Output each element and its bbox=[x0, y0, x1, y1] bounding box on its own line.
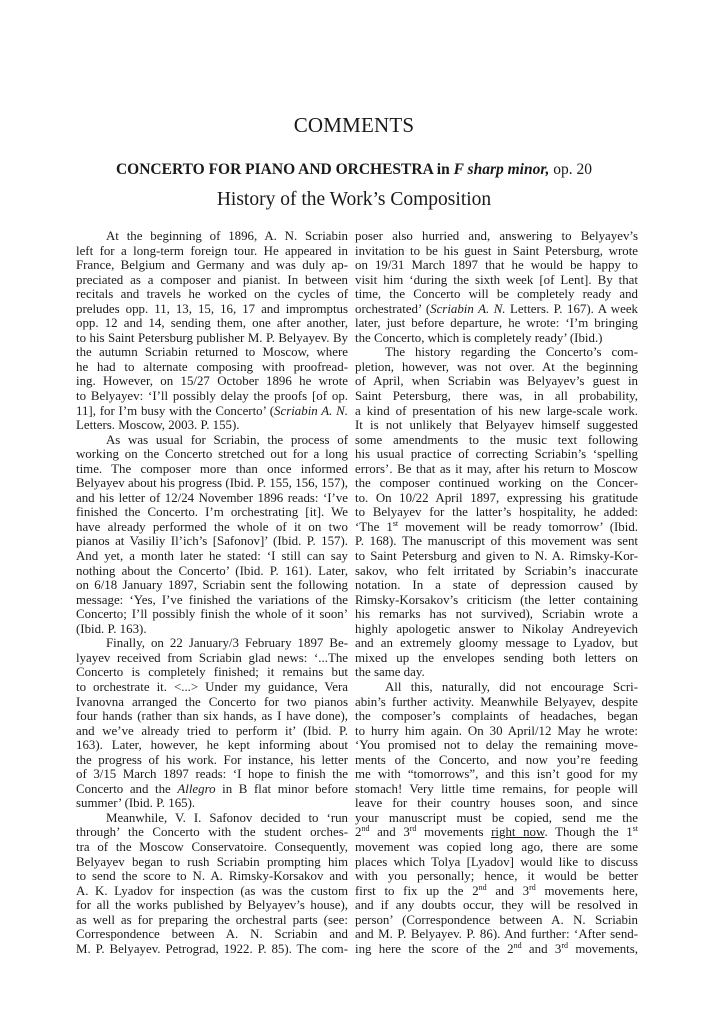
text-line: person’ (Correspondence between A. N. Sc… bbox=[355, 913, 638, 928]
text-line: as well as for preparing the orchestral … bbox=[76, 913, 348, 928]
text-line: to Belyayev for the latter’s hospitality… bbox=[355, 505, 638, 520]
text-line: Concerto; I’ll possibly finish the whole… bbox=[76, 607, 348, 622]
text-line: A. K. Lyadov for inspection (as was the … bbox=[76, 884, 348, 899]
text-line: invitation to be his guest in Saint Pete… bbox=[355, 244, 638, 259]
text-line: to send the score to N. A. Rimsky-Korsak… bbox=[76, 869, 348, 884]
text-line: France, Belgium and Germany and was duly… bbox=[76, 258, 348, 273]
text-line: And yet, a month later he stated: ‘I sti… bbox=[76, 549, 348, 564]
text-line: time, the Concerto will be completely re… bbox=[355, 287, 638, 302]
text-line: me with “tomorrows”, and this isn’t good… bbox=[355, 767, 638, 782]
text-line: lyayev received from Scriabin glad news:… bbox=[76, 651, 348, 666]
text-line: Concerto and the Allegro in B flat minor… bbox=[76, 782, 348, 797]
text-line: to. On 10/22 April 1897, expressing his … bbox=[355, 491, 638, 506]
text-line: Rimsky-Korsakov’s criticism (the letter … bbox=[355, 593, 638, 608]
text-line: ‘You promised not to delay the remaining… bbox=[355, 738, 638, 753]
text-line: later, just before departure, he wrote: … bbox=[355, 316, 638, 331]
text-line: recitals and travels he worked on the cy… bbox=[76, 287, 348, 302]
text-line: preciated as a composer and pianist. In … bbox=[76, 273, 348, 288]
text-line: orchestrated’ (Scriabin A. N. Letters. P… bbox=[355, 302, 638, 317]
text-line: P. 168). The manuscript of this movement… bbox=[355, 534, 638, 549]
text-line: notation. In a state of depression cause… bbox=[355, 578, 638, 593]
text-line: and if any doubts occur, they will be re… bbox=[355, 898, 638, 913]
text-line: It is not unlikely that Belyayev himself… bbox=[355, 418, 638, 433]
text-line: with you personally; hence, it would be … bbox=[355, 869, 638, 884]
work-title-main: CONCERTO FOR PIANO AND ORCHESTRA in bbox=[116, 161, 454, 178]
text-line: tra of the Moscow Conservatoire. Consequ… bbox=[76, 840, 348, 855]
text-line: to orchestrate it. <...> Under my guidan… bbox=[76, 680, 348, 695]
text-line: Ivanovna arranged the Concerto for two p… bbox=[76, 695, 348, 710]
text-line: to hurry him again. On 30 April/12 May h… bbox=[355, 724, 638, 739]
text-line: visit him ‘during the sixth week [of Len… bbox=[355, 273, 638, 288]
text-line: left for a long-term foreign tour. He ap… bbox=[76, 244, 348, 259]
text-line: 2nd and 3rd movements right now. Though … bbox=[355, 825, 638, 840]
text-line: Belyayev about his progress (Ibid. P. 15… bbox=[76, 476, 348, 491]
text-line: summer’ (Ibid. P. 165). bbox=[76, 796, 348, 811]
text-column-left: At the beginning of 1896, A. N. Scriabin… bbox=[76, 229, 348, 956]
text-line: poser also hurried and, answering to Bel… bbox=[355, 229, 638, 244]
text-line: his usual practice of correcting Scriabi… bbox=[355, 447, 638, 462]
text-line: ing here the score of the 2nd and 3rd mo… bbox=[355, 942, 638, 957]
text-line: the same day. bbox=[355, 665, 638, 680]
text-line: preludes opp. 11, 13, 15, 16, 17 and imp… bbox=[76, 302, 348, 317]
page-title: COMMENTS bbox=[0, 113, 708, 138]
text-line: four hands (rather than six hands, as I … bbox=[76, 709, 348, 724]
text-line: nothing about the Concerto’ (Ibid. P. 16… bbox=[76, 564, 348, 579]
work-title-opus: op. 20 bbox=[549, 161, 592, 178]
text-line: and an extremely gloomy message to Lyado… bbox=[355, 636, 638, 651]
text-line: message: ‘Yes, I’ve finished the variati… bbox=[76, 593, 348, 608]
text-line: time. The composer more than once inform… bbox=[76, 462, 348, 477]
text-line: 163). Later, however, he kept informing … bbox=[76, 738, 348, 753]
text-line: and we’ve already tried to perform it’ (… bbox=[76, 724, 348, 739]
text-line: and M. P. Belyayev. P. 86). And further:… bbox=[355, 927, 638, 942]
text-line: errors’. Be that as it may, after his re… bbox=[355, 462, 638, 477]
text-line: through’ the Concerto with the student o… bbox=[76, 825, 348, 840]
text-line: some amendments to the music text follow… bbox=[355, 433, 638, 448]
text-line: Correspondence between A. N. Scriabin an… bbox=[76, 927, 348, 942]
text-line: mixed up the envelopes sending both lett… bbox=[355, 651, 638, 666]
text-line: M. P. Belyayev. Petrograd, 1922. P. 85).… bbox=[76, 942, 348, 957]
section-title: History of the Work’s Composition bbox=[0, 189, 708, 211]
text-line: the Concerto, which is completely ready’… bbox=[355, 331, 638, 346]
text-line: and his letter of 12/24 November 1896 re… bbox=[76, 491, 348, 506]
text-line: of April, when Scriabin was Belyayev’s g… bbox=[355, 374, 638, 389]
text-line: Meanwhile, V. I. Safonov decided to ‘run bbox=[76, 811, 348, 826]
text-line: highly apologetic answer to Nikolay Andr… bbox=[355, 622, 638, 637]
text-line: pianos at Vasiliy Il’ich’s [Safonov]’ (I… bbox=[76, 534, 348, 549]
text-line: the progress of his work. For instance, … bbox=[76, 753, 348, 768]
text-line: on 6/18 January 1897, Scriabin sent the … bbox=[76, 578, 348, 593]
text-line: on 19/31 March 1897 that he would be hap… bbox=[355, 258, 638, 273]
text-line: to his Saint Petersburg publisher M. P. … bbox=[76, 331, 348, 346]
text-line: abin’s further activity. Meanwhile Belya… bbox=[355, 695, 638, 710]
text-line: Saint Petersburg, there was, in all prob… bbox=[355, 389, 638, 404]
text-line: At the beginning of 1896, A. N. Scriabin bbox=[76, 229, 348, 244]
text-line: (Ibid. P. 163). bbox=[76, 622, 348, 637]
text-line: of 3/15 March 1897 reads: ‘I hope to fin… bbox=[76, 767, 348, 782]
text-line: ing. However, on 15/27 October 1896 he w… bbox=[76, 374, 348, 389]
text-line: first to fix up the 2nd and 3rd movement… bbox=[355, 884, 638, 899]
text-line: Belyayev began to rush Scriabin promptin… bbox=[76, 855, 348, 870]
text-line: to Belyayev: ‘I’ll possibly delay the pr… bbox=[76, 389, 348, 404]
work-title-key: F sharp minor, bbox=[454, 161, 550, 178]
text-line: the composer continued working on the Co… bbox=[355, 476, 638, 491]
text-line: working on the Concerto stretched out fo… bbox=[76, 447, 348, 462]
text-line: All this, naturally, did not encourage S… bbox=[355, 680, 638, 695]
text-line: opp. 12 and 14, sending them, one after … bbox=[76, 316, 348, 331]
text-line: The history regarding the Concerto’s com… bbox=[355, 345, 638, 360]
text-line: a kind of presentation of his new large-… bbox=[355, 404, 638, 419]
work-title: CONCERTO FOR PIANO AND ORCHESTRA in F sh… bbox=[0, 161, 708, 179]
text-line: ‘The 1st movement will be ready tomorrow… bbox=[355, 520, 638, 535]
text-line: As was usual for Scriabin, the process o… bbox=[76, 433, 348, 448]
text-line: Finally, on 22 January/3 February 1897 B… bbox=[76, 636, 348, 651]
text-line: pletion, however, was not over. At the b… bbox=[355, 360, 638, 375]
text-line: Concerto is completely finished; it rema… bbox=[76, 665, 348, 680]
text-column-right: poser also hurried and, answering to Bel… bbox=[355, 229, 638, 956]
text-line: Letters. Moscow, 2003. P. 155). bbox=[76, 418, 348, 433]
text-line: sakov, who felt irritated by Scriabin’s … bbox=[355, 564, 638, 579]
text-line: your manuscript must be copied, send me … bbox=[355, 811, 638, 826]
text-line: finished the Concerto. I’m orchestrating… bbox=[76, 505, 348, 520]
text-line: stomach! Very little time remains, for p… bbox=[355, 782, 638, 797]
text-line: the autumn Scriabin returned to Moscow, … bbox=[76, 345, 348, 360]
text-line: movement was copied long ago, there are … bbox=[355, 840, 638, 855]
text-line: his remarks has not survived), Scriabin … bbox=[355, 607, 638, 622]
text-line: the composer’s complaints of headaches, … bbox=[355, 709, 638, 724]
text-line: to Saint Petersburg and given to N. A. R… bbox=[355, 549, 638, 564]
text-line: 11], for I’m busy with the Concerto’ (Sc… bbox=[76, 404, 348, 419]
text-line: leave for their country houses soon, and… bbox=[355, 796, 638, 811]
text-line: have already performed the whole of it o… bbox=[76, 520, 348, 535]
text-line: ments of the Concerto, and now you’re fe… bbox=[355, 753, 638, 768]
text-line: for all the works published by Belyayev’… bbox=[76, 898, 348, 913]
text-line: he had to alternate composing with proof… bbox=[76, 360, 348, 375]
text-line: places which Tolya [Lyadov] would like t… bbox=[355, 855, 638, 870]
